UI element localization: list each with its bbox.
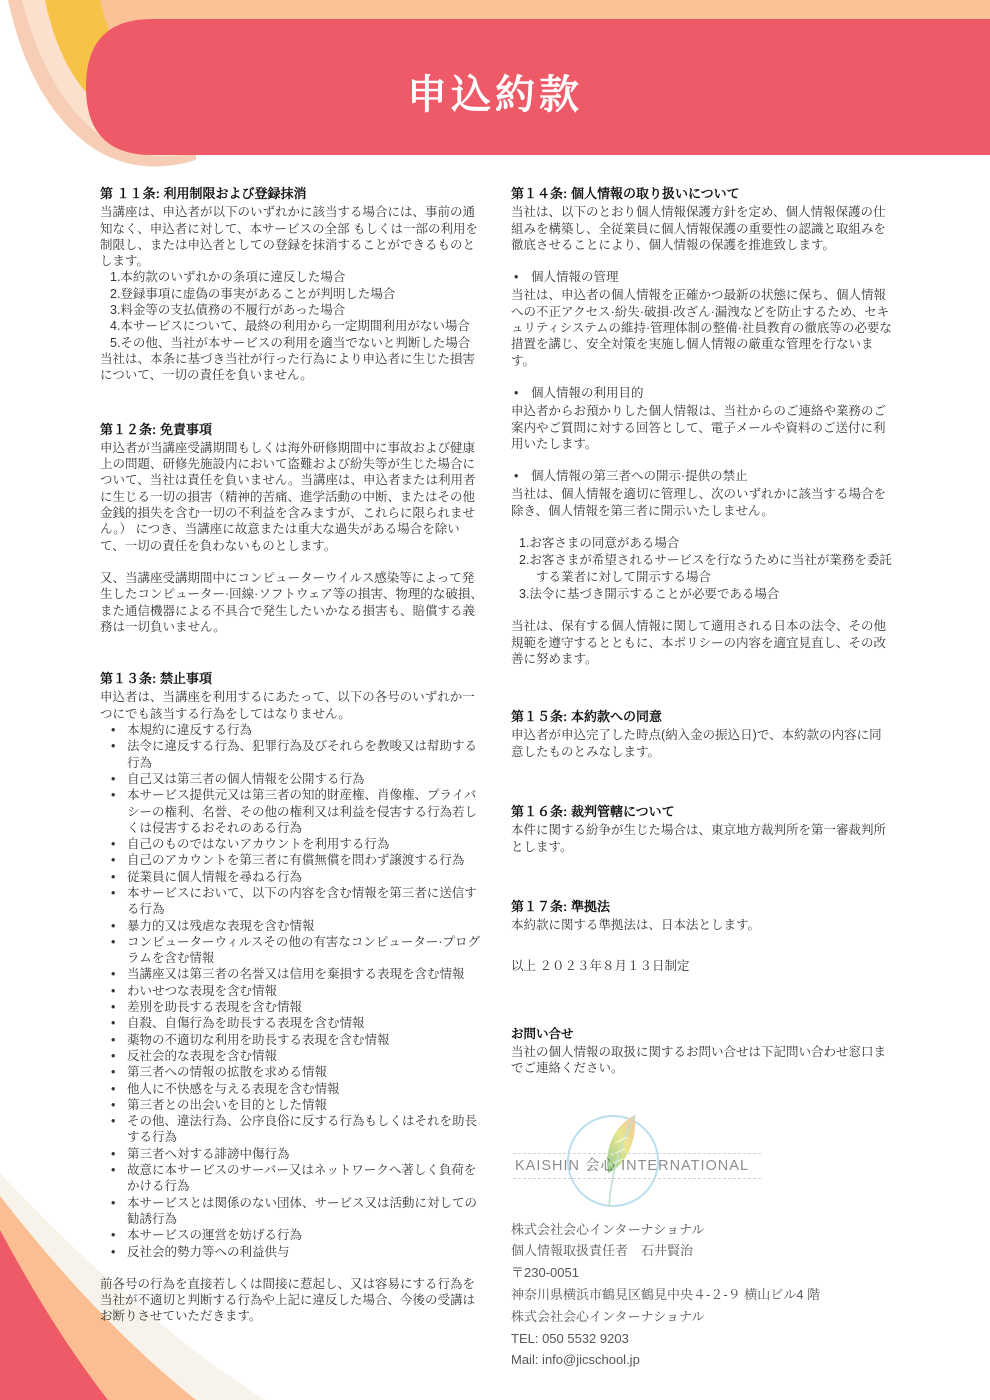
prohibited-item: 第三者へ対する誹謗中傷行為 [100,1146,483,1162]
article-17: 第１７条: 準拠法 本約款に関する準拠法は、日本法とします。 [511,899,894,934]
address-line-company2: 株式会社会心インターナショナル [511,1306,894,1328]
article-13-outro: 前各号の行為を直接若しくは間接に惹起し、又は容易にする行為を当社が不適切と判断す… [100,1276,483,1325]
article-15-heading: 第１５条: 本約款への同意 [511,709,894,725]
logo-international-text: INTERNATIONAL [621,1158,749,1174]
privacy-sub-body: 申込者からお預かりした個人情報は、当社からのご連絡や業務のご案内やご質問に対する… [511,403,894,452]
disclosure-cases: 1.お客さまの同意がある場合 2.お客さまが希望されるサービスを行なうために当社… [511,535,894,602]
prohibited-item: 第三者との出会いを目的とした情報 [100,1097,483,1113]
privacy-sub-title: 個人情報の管理 [511,269,894,285]
prohibited-item: 薬物の不適切な利用を助長する表現を含む情報 [100,1032,483,1048]
article-11: 第 １１条: 利用制限および登録抹消 当講座は、申込者が以下のいずれかに該当する… [100,186,483,384]
address-line-postal: 〒230-0051 [511,1262,894,1284]
logo-kanji-text: 会心 [585,1158,616,1174]
company-logo: KAISHIN 会心 INTERNATIONAL [513,1113,894,1213]
article-11-item: 4.本サービスについて、最終の利用から一定期間利用がない場合 [110,318,483,334]
address-line-officer: 個人情報取扱責任者 石井賢治 [511,1240,894,1262]
article-11-item: 5.その他、当社が本サービスの利用を適当でないと判断した場合 [110,335,483,351]
prohibited-item: 法令に違反する行為、犯罪行為及びそれらを教唆又は幇助する行為 [100,738,483,771]
prohibited-item: 故意に本サービスのサーバー又はネットワークへ著しく負荷をかける行為 [100,1162,483,1195]
prohibited-item: 自己のアカウントを第三者に有償無償を問わず譲渡する行為 [100,852,483,868]
article-17-heading: 第１７条: 準拠法 [511,899,894,915]
prohibited-item: 他人に不快感を与える表現を含む情報 [100,1081,483,1097]
contact-heading: お問い合せ [511,1026,894,1042]
article-14-heading: 第１４条: 個人情報の取り扱いについて [511,186,894,202]
prohibited-item: 本サービスの運営を妨げる行為 [100,1227,483,1243]
prohibited-item: 暴力的又は残虐な表現を含む情報 [100,918,483,934]
page-title: 申込約款 [0,63,990,120]
article-11-item: 1.本約款のいずれかの条項に違反した場合 [110,269,483,285]
logo-kaishin-text: KAISHIN [515,1158,580,1174]
right-column: 第１４条: 個人情報の取り扱いについて 当社は、以下のとおり個人情報保護方針を定… [511,186,894,1371]
prohibited-item: 反社会的勢力等への利益供与 [100,1244,483,1260]
article-14-intro: 当社は、以下のとおり個人情報保護方針を定め、個人情報保護の仕組みを構築し、全従業… [511,204,894,253]
prohibited-item: 本サービス提供元又は第三者の知的財産権、肖像権、プライバシーの権利、名誉、その他… [100,787,483,836]
article-13-intro: 申込者は、当講座を利用するにあたって、以下の各号のいずれか一つにでも該当する行為… [100,689,483,722]
privacy-sub-title: 個人情報の第三者への開示·提供の禁止 [511,468,894,484]
prohibited-item: 本サービスにおいて、以下の内容を含む情報を第三者に送信する行為 [100,885,483,918]
prohibited-item: 本サービスとは関係のない団体、サービス又は活動に対しての勧誘行為 [100,1195,483,1228]
disclosure-case: 1.お客さまの同意がある場合 [519,535,894,551]
terms-content: 第 １１条: 利用制限および登録抹消 当講座は、申込者が以下のいずれかに該当する… [100,186,894,1371]
prohibited-item: 自己又は第三者の個人情報を公開する行為 [100,771,483,787]
contact-section: お問い合せ 当社の個人情報の取扱に関するお問い合せは下記問い合わせ窓口までご連絡… [511,1026,894,1077]
address-line-tel: TEL: 050 5532 9203 [511,1328,894,1350]
prohibited-item: 反社会的な表現を含む情報 [100,1048,483,1064]
article-11-intro: 当講座は、申込者が以下のいずれかに該当する場合には、事前の通知なく、申込者に対し… [100,204,483,269]
article-15: 第１５条: 本約款への同意 申込者が申込完了した時点(納入金の振込日)で、本約款… [511,709,894,760]
article-12: 第１２条: 免責事項 申込者が当講座受講期間もしくは海外研修期間中に事故および健… [100,422,483,636]
article-13-heading: 第１３条: 禁止事項 [100,671,483,687]
article-16-body: 本件に関する紛争が生じた場合は、東京地方裁判所を第一審裁判所とします。 [511,822,894,855]
terms-document-page: 申込約款 第 １１条: 利用制限および登録抹消 当講座は、申込者が以下のいずれか… [0,0,990,1400]
prohibited-item: 当講座又は第三者の名誉又は信用を棄損する表現を含む情報 [100,966,483,982]
article-11-item: 3.料金等の支払債務の不履行があった場合 [110,302,483,318]
privacy-sub-body: 当社は、申込者の個人情報を正確かつ最新の状態に保ち、個人情報への不正アクセス·紛… [511,287,894,368]
disclosure-case: 3.法令に基づき開示することが必要である場合 [519,586,894,602]
article-15-body: 申込者が申込完了した時点(納入金の振込日)で、本約款の内容に同意したものとみなし… [511,727,894,760]
prohibited-item: 差別を助長する表現を含む情報 [100,999,483,1015]
article-12-para: 申込者が当講座受講期間もしくは海外研修期間中に事故および健康上の問題、研修先施設… [100,440,483,554]
article-12-heading: 第１２条: 免責事項 [100,422,483,438]
prohibited-item: 従業員に個人情報を尋ねる行為 [100,869,483,885]
article-17-body: 本約款に関する準拠法は、日本法とします。 [511,917,894,933]
prohibited-item: コンピューターウィルスその他の有害なコンピューター·プログラムを含む情報 [100,934,483,967]
privacy-sub-title: 個人情報の利用目的 [511,385,894,401]
left-column: 第 １１条: 利用制限および登録抹消 当講座は、申込者が以下のいずれかに該当する… [100,186,483,1371]
enactment-date: 以上 ２０２３年８月１３日制定 [511,958,894,974]
article-14: 第１４条: 個人情報の取り扱いについて 当社は、以下のとおり個人情報保護方針を定… [511,186,894,667]
prohibited-item: わいせつな表現を含む情報 [100,983,483,999]
logo-wordmark: KAISHIN 会心 INTERNATIONAL [513,1153,761,1179]
article-11-item: 2.登録事項に虚偽の事実があることが判明した場合 [110,286,483,302]
disclosure-case: 2.お客さまが希望されるサービスを行なうために当社が業務を委託する業者に対して開… [519,552,894,585]
prohibited-item: 第三者への情報の拡散を求める情報 [100,1064,483,1080]
article-11-outro: 当社は、本条に基づき当社が行った行為により申込者に生じた損害について、一切の責任… [100,351,483,384]
prohibited-item: 本規約に違反する行為 [100,722,483,738]
article-11-heading: 第 １１条: 利用制限および登録抹消 [100,186,483,202]
article-14-outro: 当社は、保有する個人情報に関して適用される日本の法令、その他規範を遵守するととも… [511,618,894,667]
article-12-para: 又、当講座受講期間中にコンピューターウイルス感染等によって発生したコンピューター… [100,570,483,635]
prohibited-item: 自殺、自傷行為を助長する表現を含む情報 [100,1015,483,1031]
address-line-street: 神奈川県横浜市鶴見区鶴見中央４-２-９ 横山ビル4 階 [511,1284,894,1306]
company-address-block: 株式会社会心インターナショナル 個人情報取扱責任者 石井賢治 〒230-0051… [511,1219,894,1372]
article-16: 第１６条: 裁判管轄について 本件に関する紛争が生じた場合は、東京地方裁判所を第… [511,804,894,855]
article-16-heading: 第１６条: 裁判管轄について [511,804,894,820]
prohibited-item: 自己のものではないアカウントを利用する行為 [100,836,483,852]
contact-body: 当社の個人情報の取扱に関するお問い合せは下記問い合わせ窓口までご連絡ください。 [511,1044,894,1077]
article-13: 第１３条: 禁止事項 申込者は、当講座を利用するにあたって、以下の各号のいずれか… [100,671,483,1325]
address-line-mail: Mail: info@jicschool.jp [511,1349,894,1371]
address-line-company: 株式会社会心インターナショナル [511,1219,894,1241]
prohibited-item: その他、違法行為、公序良俗に反する行為もしくはそれを助長する行為 [100,1113,483,1146]
privacy-sub-body: 当社は、個人情報を適切に管理し、次のいずれかに該当する場合を除き、個人情報を第三… [511,486,894,519]
